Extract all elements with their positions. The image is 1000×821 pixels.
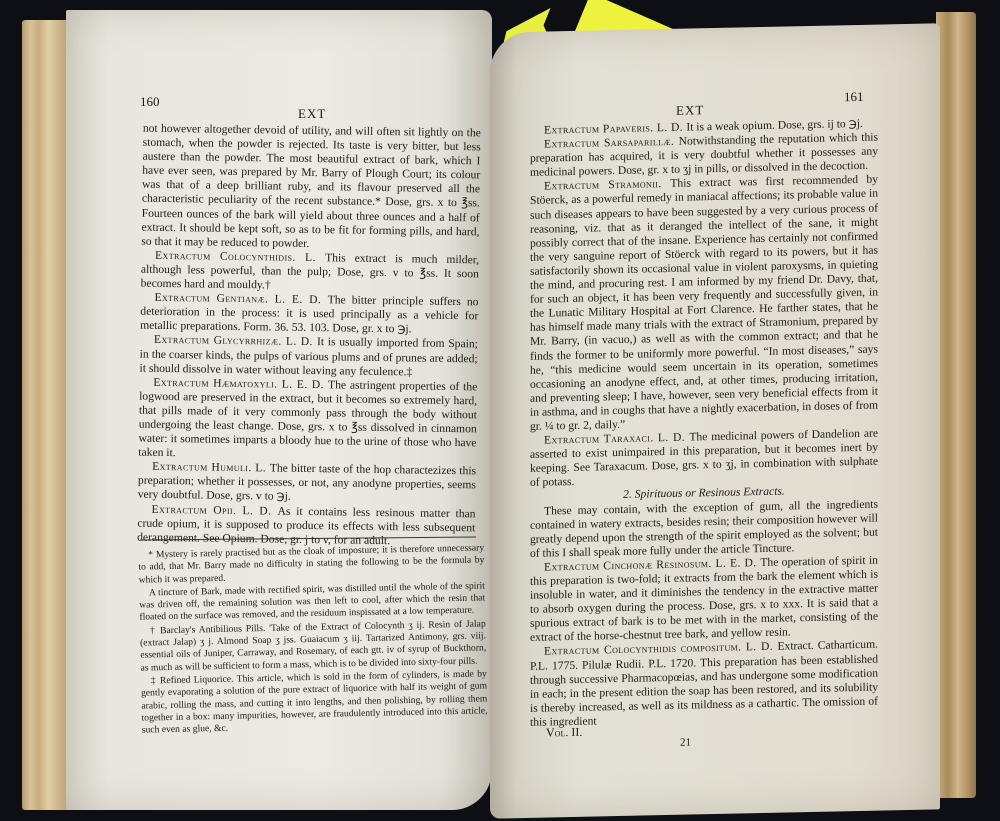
entry-paragraph: Extractum Colocynthidis. L. This extract… (141, 248, 480, 295)
entry-paragraph: Extractum Cinchonæ Resinosum. L. E. D. T… (530, 553, 878, 645)
entry-paragraph: Extractum Opii. L. D. As it contains les… (137, 502, 476, 549)
entry-heading: Extractum Humuli. L. (152, 460, 270, 475)
entry-paragraph: Extractum Hæmatoxyli. L. E. D. The astri… (138, 375, 477, 464)
footnote: * Mystery is rarely practised but as the… (138, 542, 485, 586)
left-page-body: not however altogether devoid of utility… (137, 122, 481, 549)
volume-signature: Vol. II. (546, 725, 582, 741)
entry-paragraph: Extractum Colocynthidis compositum. L. D… (530, 638, 878, 730)
entry-paragraph: Extractum Gentianæ. L. E. D. The bitter … (140, 291, 479, 338)
left-page: 160 EXT not however altogether devoid of… (66, 10, 492, 810)
entry-heading: Extractum Glycyrrhizæ. L. D. (154, 333, 317, 348)
entry-heading: Extractum Colocynthidis. L. (155, 249, 325, 264)
footnote: † Barclay's Antibilious Pills. 'Take of … (140, 618, 487, 674)
entry-text: These may contain, with the exception of… (530, 497, 878, 560)
running-head: EXT (298, 106, 326, 122)
running-head: EXT (676, 102, 704, 119)
right-page: EXT 161 Extractum Papaveris. L. D. It is… (490, 23, 940, 818)
entry-paragraph: Extractum Glycyrrhizæ. L. D. It is usual… (139, 333, 478, 380)
right-page-block-edge (936, 12, 976, 798)
signature-mark: 21 (680, 737, 691, 749)
footnote: A tincture of Bark, made with rectified … (139, 580, 486, 624)
entry-heading: Extractum Sarsaparillæ. (544, 135, 679, 151)
left-page-block-edge (22, 20, 70, 810)
entry-text: This extract was first recommended by St… (530, 173, 878, 433)
page-number: 160 (140, 94, 160, 110)
entry-paragraph: Extractum Sarsaparillæ. Notwithstanding … (530, 131, 878, 181)
paragraph: These may contain, with the exception of… (530, 497, 878, 561)
entry-text: not however altogether devoid of utility… (141, 122, 481, 250)
footnote: ‡ Refined Liquorice. This article, which… (141, 668, 488, 737)
footnotes: * Mystery is rarely practised but as the… (138, 542, 488, 738)
entry-heading: Extractum Hæmatoxyli. L. E. D. (153, 376, 328, 391)
entry-heading: Extractum Gentianæ. L. E. D. (154, 291, 327, 306)
entry-paragraph: Extractum Humuli. L. The bitter taste of… (138, 460, 477, 507)
right-page-body: Extractum Papaveris. L. D. It is a weak … (530, 117, 878, 730)
paragraph: not however altogether devoid of utility… (141, 122, 481, 254)
page-number: 161 (844, 89, 864, 105)
entry-heading: Extractum Stramonii. (544, 177, 670, 193)
entry-heading: Extractum Opii. L. D. (151, 502, 277, 517)
entry-paragraph: Extractum Stramonii. This extract was fi… (530, 173, 878, 434)
entry-paragraph: Extractum Taraxaci. L. D. The medicinal … (530, 427, 878, 491)
book-photo: 160 EXT not however altogether devoid of… (0, 0, 1000, 821)
